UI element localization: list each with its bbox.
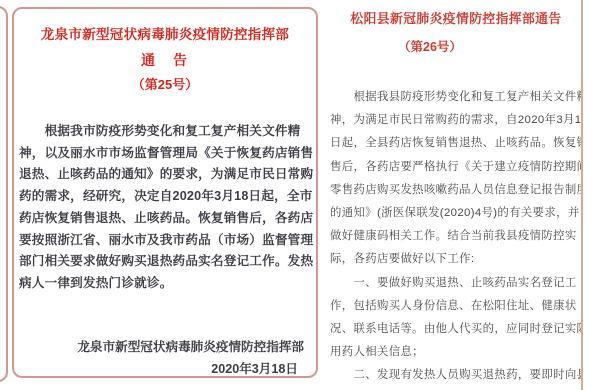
body-line: 病人一律到发热门诊就诊。 bbox=[19, 273, 315, 295]
body-line: 根据我县防疫形势变化和复工复产相关文件精 bbox=[330, 86, 582, 109]
body-line: 要按照浙江省、丽水市及我市药品（市场）监督管理 bbox=[19, 230, 315, 252]
body-line: 售后，各药店要严格执行《关于建立疫情防控期间 bbox=[330, 156, 582, 179]
longquan-notice-body: 根据我市防疫形势变化和复工复产相关文件精 神，以及丽水市市场监督管理局《关于恢复… bbox=[19, 121, 315, 295]
longquan-notice-subtitle: 通 告 bbox=[14, 50, 316, 70]
body-line: 的通知》(浙医保联发(2020)4号)的有关要求，并 bbox=[330, 202, 582, 225]
left-edge-notice-fragment bbox=[0, 6, 8, 382]
body-line: 退热、止咳药品的通知》的要求，为满足市民日常购 bbox=[19, 164, 315, 186]
body-line: 作，包括购买人身份信息、在松阳住址、健康状 bbox=[330, 295, 582, 318]
songyang-card-right-border bbox=[581, 0, 583, 390]
body-line: 日起，全县药店恢复销售退热、止咳药品。恢复销 bbox=[330, 132, 582, 155]
body-line: 况、联系电话等。由他人代买的，应同时登记实际 bbox=[330, 318, 582, 341]
body-line: 根据我市防疫形势变化和复工复产相关文件精 bbox=[19, 121, 315, 143]
songyang-notice-body: 根据我县防疫形势变化和复工复产相关文件精 神，为满足市民日常购药的需求，自202… bbox=[330, 86, 582, 388]
longquan-date: 2020年3月18日 bbox=[14, 358, 298, 377]
body-line: 一、要做好购买退热、止咳药品实名登记工 bbox=[330, 272, 582, 295]
body-line: 药的需求，经研究，决定自2020年3月18日起，全市 bbox=[19, 186, 315, 208]
body-line: 用药人相关信息； bbox=[330, 341, 582, 364]
body-line: 神，以及丽水市市场监督管理局《关于恢复药店销售 bbox=[19, 143, 315, 165]
songyang-notice-title: 松阳县新冠肺炎疫情防控指挥部通告 bbox=[330, 8, 582, 27]
body-line: 神，为满足市民日常购药的需求，自2020年3月18 bbox=[330, 109, 582, 132]
longquan-notice-card: 龙泉市新型冠状病毒肺炎疫情防控指挥部 通 告 （第25号） 根据我市防疫形势变化… bbox=[12, 7, 318, 378]
longquan-issue-number: （第25号） bbox=[14, 74, 316, 93]
longquan-notice-title: 龙泉市新型冠状病毒肺炎疫情防控指挥部 bbox=[14, 23, 316, 43]
body-line: 际，各药店要做好以下工作: bbox=[330, 248, 582, 271]
body-line: 零售药店购买发热咳嗽药品人员信息登记报告制度 bbox=[330, 179, 582, 202]
body-line: 做好健康码相关工作。结合当前我县疫情防控实 bbox=[330, 225, 582, 248]
body-line: 二、发现有发热人员购买退热药，要即时向县 bbox=[330, 364, 582, 387]
longquan-signature: 龙泉市新型冠状病毒肺炎疫情防控指挥部 bbox=[14, 336, 304, 355]
body-line: 药店恢复销售退热、止咳药品。恢复销售后，各药店 bbox=[19, 208, 315, 230]
body-line: 部门相关要求做好购买退热药品实名登记工作。发热 bbox=[19, 251, 315, 273]
songyang-issue-number: （第26号） bbox=[398, 37, 462, 55]
